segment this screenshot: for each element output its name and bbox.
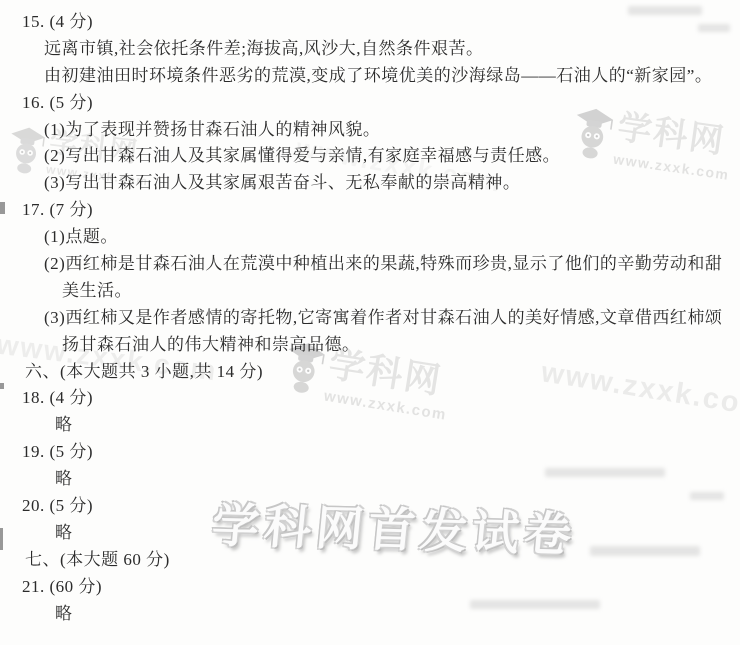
scan-edge-artifact: [0, 202, 5, 214]
answer-text-line: (1)为了表现并赞扬甘森石油人的精神风貌。: [0, 117, 740, 144]
section-heading-line: 七、(本大题 60 分): [0, 547, 740, 574]
answer-text-line: (3)写出甘森石油人及其家属艰苦奋斗、无私奉献的崇高精神。: [0, 170, 740, 197]
brief-answer-line: 略: [0, 466, 740, 493]
brief-answer-line: 略: [0, 520, 740, 547]
brief-answer-line: 略: [0, 601, 740, 628]
answer-text-line: 由初建油田时环境条件恶劣的荒漠,变成了环境优美的沙海绿岛——石油人的“新家园”。: [0, 63, 740, 90]
section-heading-line: 六、(本大题共 3 小题,共 14 分): [0, 359, 740, 386]
question-score-line: 19. (5 分): [0, 439, 740, 466]
scanned-answer-sheet-page: 学科网 www.zxxk.com www.zxxk.com 学科网 www.zx…: [0, 0, 740, 645]
brief-answer-line: 略: [0, 412, 740, 439]
answer-key-text-block: 15. (4 分)远离市镇,社会依托条件差;海拔高,风沙大,自然条件艰苦。由初建…: [0, 0, 740, 627]
question-score-line: 20. (5 分): [0, 493, 740, 520]
scan-edge-artifact: [0, 528, 3, 550]
answer-text-line: (2)西红柿是甘森石油人在荒漠中种植出来的果蔬,特殊而珍贵,显示了他们的辛勤劳动…: [0, 251, 740, 278]
answer-text-line: (2)写出甘森石油人及其家属懂得爱与亲情,有家庭幸福感与责任感。: [0, 143, 740, 170]
answer-text-line: 远离市镇,社会依托条件差;海拔高,风沙大,自然条件艰苦。: [0, 36, 740, 63]
answer-text-line: (1)点题。: [0, 224, 740, 251]
question-score-line: 16. (5 分): [0, 90, 740, 117]
question-score-line: 15. (4 分): [0, 9, 740, 36]
answer-continuation-line: 扬甘森石油人的伟大精神和崇高品德。: [0, 332, 740, 359]
answer-continuation-line: 美生活。: [0, 278, 740, 305]
scan-edge-artifact: [0, 383, 4, 389]
question-score-line: 18. (4 分): [0, 385, 740, 412]
question-score-line: 17. (7 分): [0, 197, 740, 224]
answer-text-line: (3)西红柿又是作者感情的寄托物,它寄寓着作者对甘森石油人的美好情感,文章借西红…: [0, 305, 740, 332]
question-score-line: 21. (60 分): [0, 574, 740, 601]
